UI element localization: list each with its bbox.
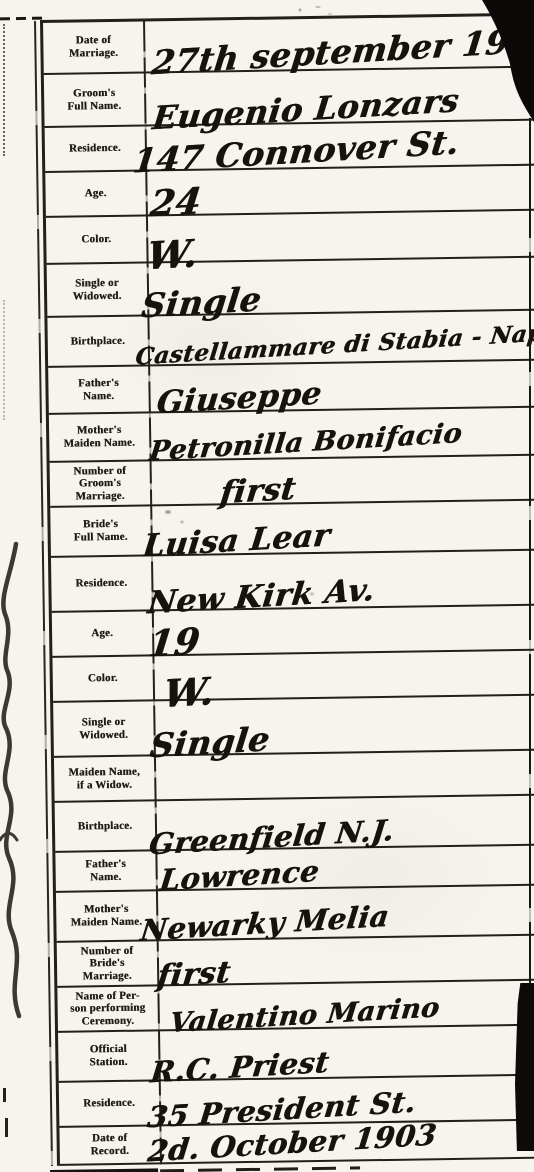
- row-date-of-marriage: Date of Marriage. 27th september 1903: [43, 16, 534, 75]
- left-margin-dotted-line: [3, 24, 5, 156]
- bottom-closing-bar: [50, 1168, 158, 1172]
- label-bride-full-name: Bride's Full Name.: [50, 506, 151, 555]
- row-groom-marriage-number: Number of Groom's Marriage. first: [50, 456, 534, 508]
- label-bride-birthplace: Birthplace.: [55, 801, 156, 850]
- label-groom-single-or-widowed: Single or Widowed.: [47, 263, 148, 315]
- value-groom-marriage-number: first: [218, 474, 297, 510]
- value-bride-color: W.: [161, 672, 216, 713]
- value-bride-marriage-number: first: [155, 958, 232, 993]
- label-bride-single-or-widowed: Single or Widowed.: [53, 701, 154, 755]
- row-groom-birthplace: Birthplace. Castellammare di Stabia - Na…: [47, 311, 534, 368]
- scanned-marriage-record: Date of Marriage. 27th september 1903 Gr…: [0, 0, 534, 1172]
- label-groom-full-name: Groom's Full Name.: [44, 73, 145, 125]
- top-rule-dashes: [0, 17, 42, 21]
- bottom-closing-dashes: [160, 1166, 360, 1172]
- right-edge-bar: [515, 983, 534, 1151]
- value-bride-single-or-widowed: Single: [148, 722, 272, 762]
- record-table: Date of Marriage. 27th september 1903 Gr…: [40, 13, 534, 1166]
- row-official-station: Official Station. R.C. Priest: [58, 1026, 534, 1083]
- label-ceremony-performer: Name of Per- son performing Ceremony.: [57, 986, 158, 1030]
- row-bride-age: Age. 19: [52, 606, 534, 658]
- row-bride-marriage-number: Number of Bride's Marriage. first: [57, 936, 534, 988]
- row-groom-age: Age. 24: [45, 166, 534, 218]
- row-performer-residence: Residence. 35 President St.: [59, 1076, 534, 1128]
- row-bride-full-name: Bride's Full Name. Luisa Lear: [50, 501, 534, 558]
- row-bride-birthplace: Birthplace. Greenfield N.J.: [55, 796, 534, 853]
- row-bride-color: Color. W.: [52, 651, 534, 703]
- left-margin-mark: [3, 1088, 6, 1102]
- label-groom-birthplace: Birthplace.: [47, 316, 148, 365]
- row-groom-fathers-name: Father's Name. Giuseppe: [48, 361, 534, 415]
- right-edge-line: [529, 118, 532, 990]
- label-performer-residence: Residence.: [59, 1081, 160, 1125]
- row-bride-single-or-widowed: Single or Widowed. Single: [53, 696, 534, 758]
- value-bride-age: 19: [147, 623, 202, 662]
- row-groom-color: Color. W.: [46, 211, 534, 265]
- label-groom-color: Color.: [46, 216, 147, 262]
- left-margin-mark: [5, 1118, 8, 1137]
- label-groom-marriage-number: Number of Groom's Marriage.: [50, 461, 151, 505]
- label-date-of-marriage: Date of Marriage.: [43, 21, 144, 72]
- row-bride-residence: Residence. New Kirk Av.: [51, 551, 534, 613]
- record-table-rows: Date of Marriage. 27th september 1903 Gr…: [43, 16, 534, 1166]
- row-date-of-record: Date of Record. 2d. October 1903: [59, 1121, 534, 1166]
- label-bride-color: Color.: [52, 656, 153, 700]
- margin-handwriting: [0, 540, 33, 1020]
- label-bride-residence: Residence.: [51, 556, 152, 610]
- row-ceremony-performer: Name of Per- son performing Ceremony. Va…: [57, 981, 534, 1033]
- label-groom-fathers-name: Father's Name.: [48, 366, 149, 412]
- label-bride-age: Age.: [52, 611, 153, 655]
- row-groom-mothers-maiden-name: Mother's Maiden Name. Petronilla Bonifac…: [49, 408, 534, 463]
- corner-blob: [464, 0, 534, 125]
- label-bride-marriage-number: Number of Bride's Marriage.: [57, 941, 158, 985]
- value-groom-single-or-widowed: Single: [139, 282, 263, 322]
- label-groom-residence: Residence.: [45, 126, 146, 170]
- value-groom-age: 24: [148, 183, 203, 222]
- label-maiden-name-if-widow: Maiden Name, if a Widow.: [54, 756, 155, 800]
- row-maiden-name-if-widow: Maiden Name, if a Widow.: [54, 751, 534, 803]
- row-groom-single-or-widowed: Single or Widowed. Single: [47, 258, 534, 318]
- label-groom-mothers-maiden-name: Mother's Maiden Name.: [49, 413, 150, 460]
- label-bride-fathers-name: Father's Name.: [55, 851, 156, 890]
- left-margin-dotted-line-faint: [3, 300, 5, 420]
- row-groom-full-name: Groom's Full Name. Eugenio Lonzars: [44, 68, 534, 128]
- label-official-station: Official Station.: [58, 1031, 159, 1080]
- value-groom-color: W.: [145, 234, 200, 275]
- row-bride-mothers-maiden-name: Mother's Maiden Name. Newarky Melia: [56, 886, 534, 943]
